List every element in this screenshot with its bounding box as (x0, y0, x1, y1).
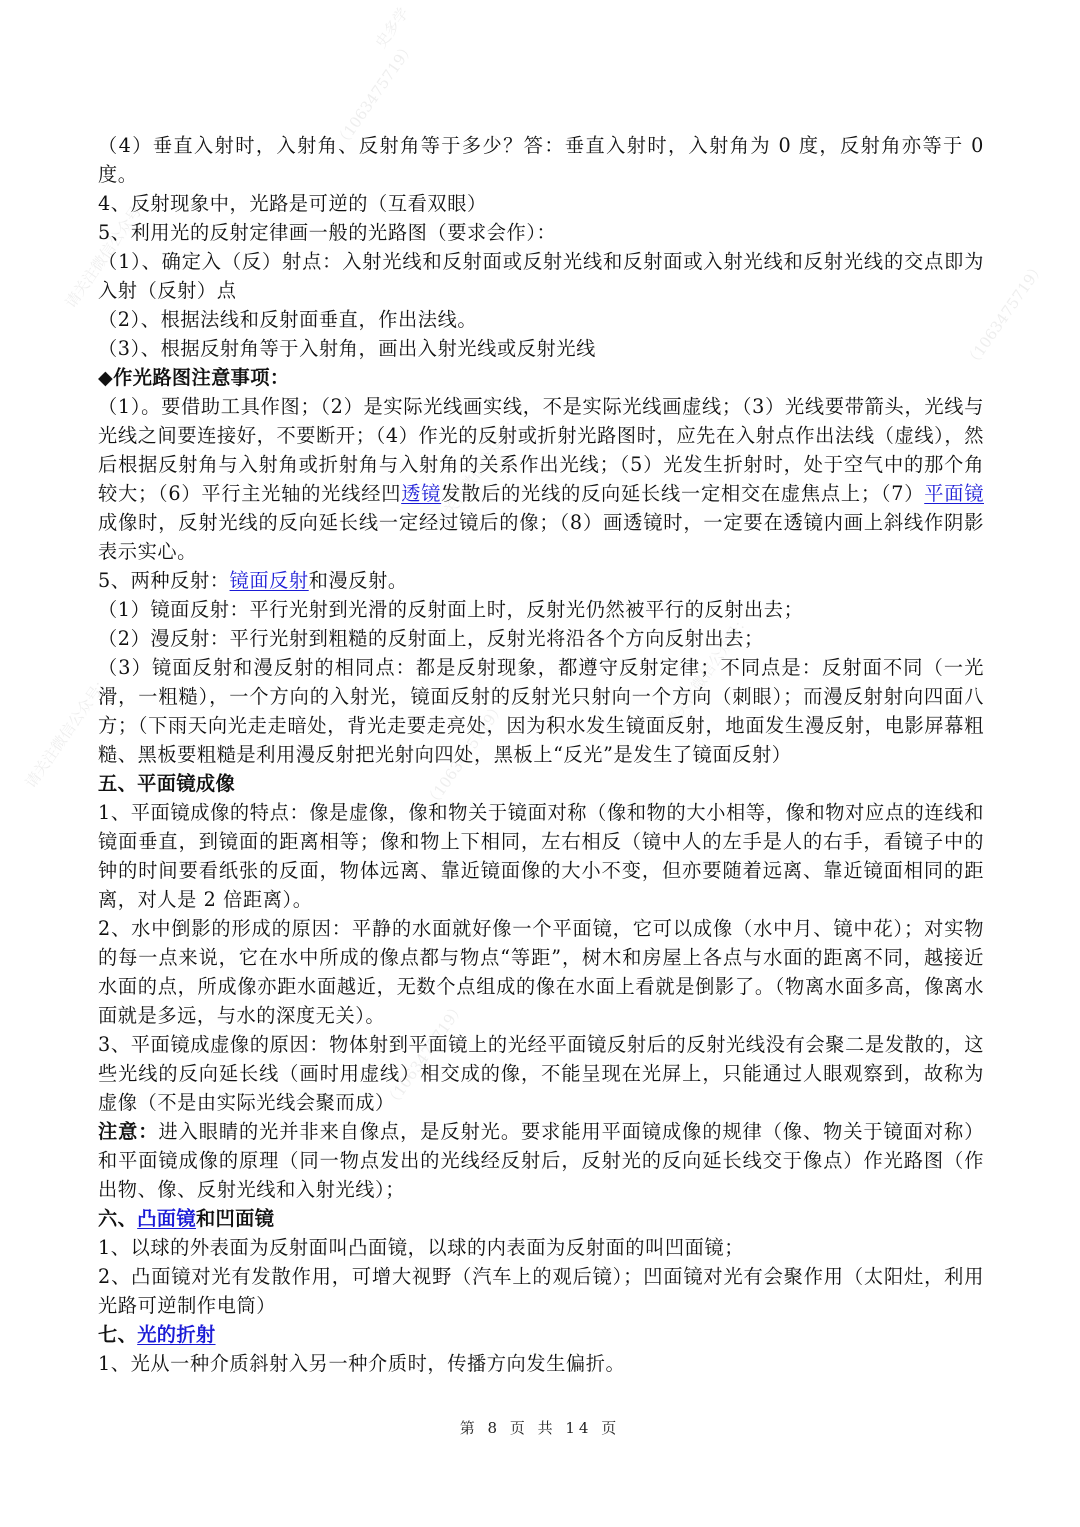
section-heading-plane-mirror: 五、平面镜成像 (98, 769, 984, 798)
link-refraction[interactable]: 光的折射 (137, 1323, 215, 1346)
watermark: 史多学 (370, 3, 413, 52)
paragraph: （2）、根据法线和反射面垂直，作出法线。 (98, 305, 984, 334)
notes-paragraph: （1）。要借助工具作图；（2）是实际光线画实线，不是实际光线画虚线；（3）光线要… (98, 392, 984, 566)
text: 和凹面镜 (196, 1207, 274, 1230)
paragraph: 1、光从一种介质斜射入另一种介质时，传播方向发生偏折。 (98, 1349, 984, 1378)
link-convex-mirror[interactable]: 凸面镜 (137, 1207, 196, 1230)
paragraph: （2）漫反射：平行光射到粗糙的反射面上，反射光将沿各个方向反射出去； (98, 624, 984, 653)
note-label: 注意： (98, 1120, 158, 1143)
text: 成像时，反射光线的反向延长线一定经过镜后的像；（8）画透镜时，一定要在透镜内画上… (98, 511, 984, 563)
document-page: （4）垂直入射时，入射角、反射角等于多少？答：垂直入射时，入射角为 0 度，反射… (98, 131, 984, 1378)
paragraph: 1、平面镜成像的特点：像是虚像，像和物关于镜面对称（像和物的大小相等，像和物对应… (98, 798, 984, 914)
text: 六、 (98, 1207, 137, 1230)
text: 和漫反射。 (309, 569, 408, 592)
paragraph: （3）镜面反射和漫反射的相同点：都是反射现象，都遵守反射定律；不同点是：反射面不… (98, 653, 984, 769)
text: 进入眼睛的光并非来自像点，是反射光。要求能用平面镜成像的规律（像、物关于镜面对称… (98, 1120, 984, 1201)
paragraph: 2、水中倒影的形成的原因：平静的水面就好像一个平面镜，它可以成像（水中月、镜中花… (98, 914, 984, 1030)
paragraph: 4、反射现象中，光路是可逆的（互看双眼） (98, 189, 984, 218)
link-lens[interactable]: 透镜 (401, 482, 441, 505)
text: 发散后的光线的反向延长线一定相交在虚焦点上；（7） (441, 482, 924, 505)
text: 七、 (98, 1323, 137, 1346)
page-footer: 第 8 页 共 14 页 (0, 1417, 1080, 1438)
section-heading-convex-concave: 六、凸面镜和凹面镜 (98, 1204, 984, 1233)
two-reflections-line: 5、两种反射：镜面反射和漫反射。 (98, 566, 984, 595)
note-paragraph: 注意：进入眼睛的光并非来自像点，是反射光。要求能用平面镜成像的规律（像、物关于镜… (98, 1117, 984, 1204)
text: 5、两种反射： (98, 569, 230, 592)
link-specular-reflection[interactable]: 镜面反射 (230, 569, 309, 592)
paragraph: 2、凸面镜对光有发散作用，可增大视野（汽车上的观后镜）；凹面镜对光有会聚作用（太… (98, 1262, 984, 1320)
paragraph: 1、以球的外表面为反射面叫凸面镜，以球的内表面为反射面的叫凹面镜； (98, 1233, 984, 1262)
paragraph: 3、平面镜成虚像的原因：物体射到平面镜上的光经平面镜反射后的反射光线没有会聚二是… (98, 1030, 984, 1117)
section-heading-notes: ◆作光路图注意事项： (98, 363, 984, 392)
paragraph: （1）镜面反射：平行光射到光滑的反射面上时，反射光仍然被平行的反射出去； (98, 595, 984, 624)
paragraph: （4）垂直入射时，入射角、反射角等于多少？答：垂直入射时，入射角为 0 度，反射… (98, 131, 984, 189)
paragraph: 5、利用光的反射定律画一般的光路图（要求会作）： (98, 218, 984, 247)
paragraph: （3）、根据反射角等于入射角，画出入射光线或反射光线 (98, 334, 984, 363)
section-heading-refraction: 七、光的折射 (98, 1320, 984, 1349)
paragraph: （1）、确定入（反）射点：入射光线和反射面或反射光线和反射面或入射光线和反射光线… (98, 247, 984, 305)
link-plane-mirror[interactable]: 平面镜 (924, 482, 984, 505)
